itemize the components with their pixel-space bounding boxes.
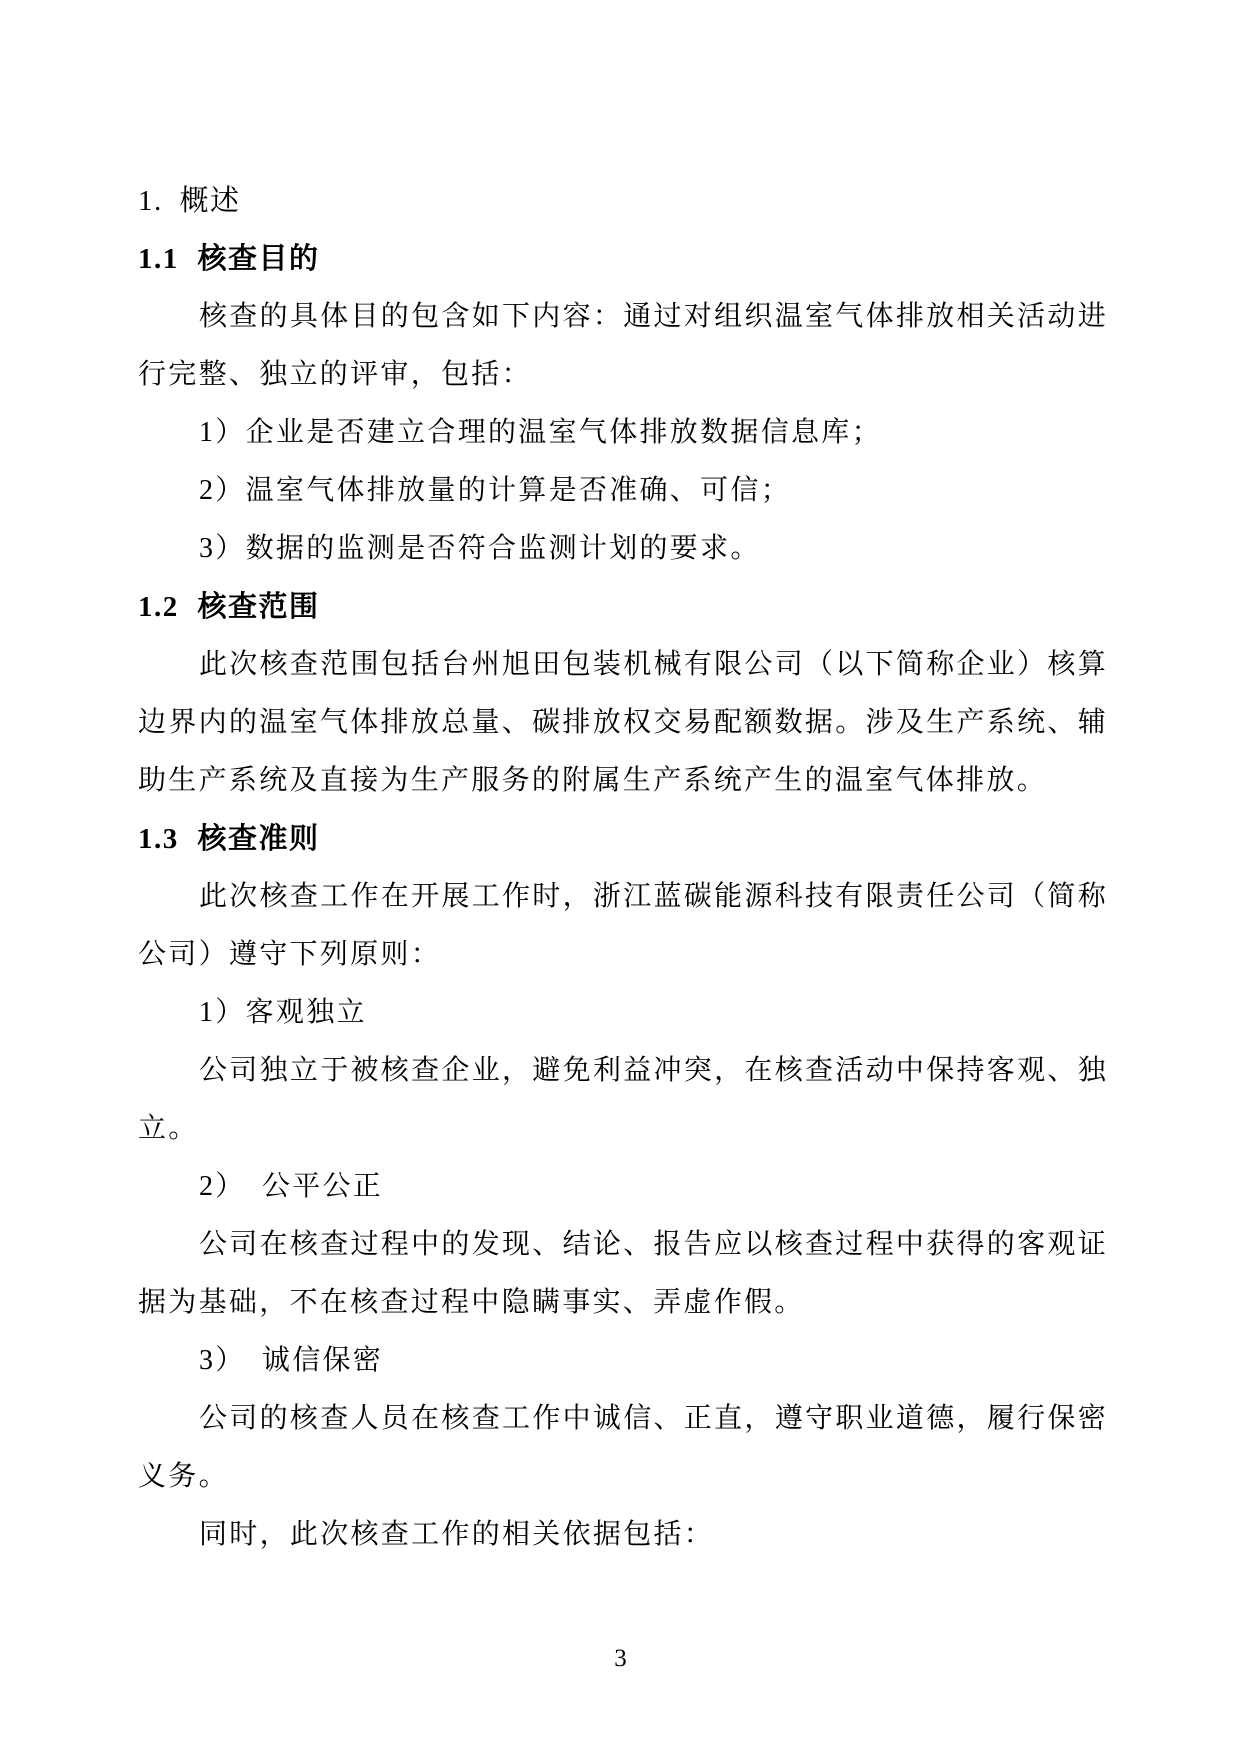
list-item: 1）企业是否建立合理的温室气体排放数据信息库；	[138, 404, 1108, 462]
list-item: 3） 诚信保密	[138, 1332, 1108, 1390]
paragraph-line: 此次核查范围包括台州旭田包装机械有限公司（以下简称企业）核算	[138, 636, 1108, 694]
section-heading-1-2: 1.2 核查范围	[138, 578, 1108, 636]
paragraph-line: 边界内的温室气体排放总量、碳排放权交易配额数据。涉及生产系统、辅	[138, 694, 1108, 752]
paragraph-line: 公司独立于被核查企业，避免利益冲突，在核查活动中保持客观、独	[138, 1042, 1108, 1100]
section-heading-1-1: 1.1 核查目的	[138, 230, 1108, 288]
paragraph-line: 义务。	[138, 1448, 1108, 1506]
list-item: 1）客观独立	[138, 984, 1108, 1042]
paragraph-line: 立。	[138, 1100, 1108, 1158]
list-item: 3）数据的监测是否符合监测计划的要求。	[138, 520, 1108, 578]
list-item: 2）温室气体排放量的计算是否准确、可信；	[138, 462, 1108, 520]
paragraph-line: 助生产系统及直接为生产服务的附属生产系统产生的温室气体排放。	[138, 752, 1108, 810]
paragraph-line: 公司）遵守下列原则：	[138, 926, 1108, 984]
list-item: 2） 公平公正	[138, 1158, 1108, 1216]
paragraph-line: 公司在核查过程中的发现、结论、报告应以核查过程中获得的客观证	[138, 1216, 1108, 1274]
paragraph-line: 核查的具体目的包含如下内容：通过对组织温室气体排放相关活动进	[138, 288, 1108, 346]
document-body: 1. 概述 1.1 核查目的 核查的具体目的包含如下内容：通过对组织温室气体排放…	[138, 172, 1108, 1564]
paragraph-line: 同时，此次核查工作的相关依据包括：	[138, 1506, 1108, 1564]
paragraph-line: 据为基础，不在核查过程中隐瞒事实、弄虚作假。	[138, 1274, 1108, 1332]
page-number: 3	[0, 1630, 1241, 1688]
paragraph-line: 公司的核查人员在核查工作中诚信、正直，遵守职业道德，履行保密	[138, 1390, 1108, 1448]
section-heading-1-3: 1.3 核查准则	[138, 810, 1108, 868]
document-page: 1. 概述 1.1 核查目的 核查的具体目的包含如下内容：通过对组织温室气体排放…	[0, 0, 1241, 1755]
paragraph-line: 行完整、独立的评审，包括：	[138, 346, 1108, 404]
paragraph-line: 此次核查工作在开展工作时，浙江蓝碳能源科技有限责任公司（简称	[138, 868, 1108, 926]
chapter-heading: 1. 概述	[138, 172, 1108, 230]
